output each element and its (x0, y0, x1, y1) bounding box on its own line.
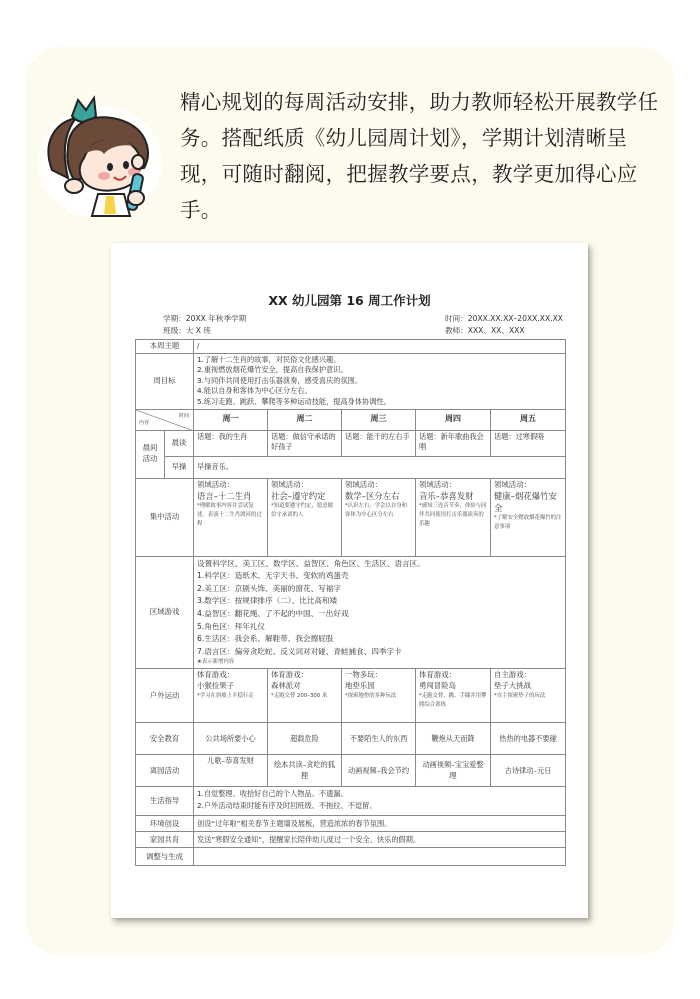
adjust-row: 调整与生成 (136, 848, 566, 866)
day-header-thu: 周四 (416, 409, 491, 430)
area-item: 2.美工区：京剧头饰、美丽的窗花、写福字 (197, 583, 562, 596)
outdoor-note: *走跑交替、跳、手膝并用攀爬综合训练 (419, 692, 487, 710)
morning-talk-cell: 话题：我的生肖 (194, 430, 268, 456)
outdoor-cell: 一物多玩： 地垫乐园 *探索地垫的多种玩法 (342, 669, 416, 723)
intro-paragraph: 精心规划的每周活动安排，助力教师轻松开展教学任务。搭配纸质《幼儿园周计划》，学期… (180, 84, 660, 228)
area-item: 5.角色区：拜年礼仪 (197, 621, 562, 634)
leave-cell: 绘本共读–贪吃的狐狸 (268, 755, 342, 787)
morning-talk-cell: 话题：过寒假咯 (491, 430, 566, 456)
focus-note: *认识左右，学会以自身和客体为中心区分左右 (345, 502, 412, 520)
home-school-row: 家园共育 发送“寒假安全通知”，提醒家长陪伴幼儿度过一个安全、快乐的假期。 (136, 832, 566, 848)
morning-exercise-label: 早操 (165, 456, 194, 478)
outdoor-cell: 体育游戏： 小猴捡果子 *学习在斜坡上平稳行走 (194, 669, 268, 723)
area-item: 4.益智区：翻花绳、了不起的中国、一出好戏 (197, 608, 562, 621)
focus-activity-label: 集中活动 (136, 478, 194, 556)
theme-row: 本周主题 / (136, 340, 566, 354)
girl-mascot-illustration (34, 88, 168, 222)
area-note: ★表示新增内容 (197, 658, 562, 667)
outdoor-note: *学习在斜坡上平稳行走 (197, 692, 264, 701)
area-games-list: 设置科学区、美工区、数学区、益智区、角色区、生活区、语言区。 1.科学区：造纸术… (194, 556, 566, 669)
morning-exercise-row: 早操 早操音乐。 (136, 456, 566, 478)
leave-label: 离园活动 (136, 755, 194, 787)
outdoor-cell: 体育游戏： 勇闯冒险岛 *走跑交替、跳、手膝并用攀爬综合训练 (416, 669, 491, 723)
teachers-text: 教师：XXX、XX、XXX (445, 325, 563, 337)
leave-cell: 古诗律动–元日 (491, 755, 566, 787)
outdoor-note: *走跑交替 200–300 米 (271, 692, 338, 701)
outdoor-title: 自主游戏： (494, 670, 562, 681)
safety-cell: 不要陌生人的东西 (342, 723, 416, 755)
focus-activity-cell: 领域活动： 社会–遵守约定 *知道要遵守约定，愿意做信守承诺的人 (268, 478, 342, 556)
corner-content-label: 内容 (139, 418, 149, 429)
safety-cell: 热热的电器不要碰 (491, 723, 566, 755)
safety-label: 安全教育 (136, 723, 194, 755)
focus-activity-row: 集中活动 领域活动： 语言–十二生肖 *理解故事内容并尝试复述、表演十二生肖渡河… (136, 478, 566, 556)
theme-value: / (194, 340, 566, 354)
leave-cell: 儿歌–恭喜发财 (194, 755, 268, 787)
leave-cell: 动画视频–我会节约 (342, 755, 416, 787)
life-item: 1.自觉整理、收拾好自己的个人物品、不遗漏。 (197, 788, 562, 800)
focus-main: 健康–烟花爆竹安全 (494, 490, 562, 514)
focus-title: 领域活动： (197, 480, 264, 491)
class-text: 班级：大 X 班 (163, 325, 246, 337)
area-item: 1.科学区：造纸术、无字天书、变软的鸡蛋壳 (197, 570, 562, 583)
goals-list: 1.了解十二生肖的故事，对民俗文化感兴趣。 2.重视燃放烟花爆竹安全，提高自我保… (194, 353, 566, 409)
day-header-mon: 周一 (194, 409, 268, 430)
adjust-label: 调整与生成 (136, 848, 194, 866)
focus-title: 领域活动： (494, 480, 562, 491)
morning-talk-cell: 话题：新年歌曲我会唱 (416, 430, 491, 456)
corner-time-label: 时间 (179, 411, 189, 422)
environment-label: 环境创设 (136, 816, 194, 832)
area-item: 3.数学区：按规律排序（二）、比比高和矮 (197, 595, 562, 608)
document-title: XX 幼儿园第 16 周工作计划 (111, 291, 588, 309)
life-guidance-list: 1.自觉整理、收拾好自己的个人物品、不遗漏。 2.户外活动结束时能有序及时回班级… (194, 787, 566, 816)
document-meta-right: 时间：20XX.XX.XX–20XX.XX.XX 教师：XXX、XX、XXX (445, 313, 563, 337)
safety-row: 安全教育 公共场所要小心 超载危险 不要陌生人的东西 鞭炮从天而降 热热的电器不… (136, 723, 566, 755)
outdoor-row: 户外运动 体育游戏： 小猴捡果子 *学习在斜坡上平稳行走 体育游戏： 森林派对 … (136, 669, 566, 723)
focus-main: 数学–区分左右 (345, 490, 412, 502)
goal-item: 4.能以自身和客体为中心区分左右。 (197, 386, 562, 397)
morning-talk-cell: 话题：能干的左右手 (342, 430, 416, 456)
environment-row: 环境创设 创设“过年啦”相关春节主题墙及展板，营造浓浓的春节氛围。 (136, 816, 566, 832)
day-header-fri: 周五 (491, 409, 566, 430)
area-games-row: 区域游戏 设置科学区、美工区、数学区、益智区、角色区、生活区、语言区。 1.科学… (136, 556, 566, 669)
outdoor-title: 体育游戏： (197, 670, 264, 681)
outdoor-title: 一物多玩： (345, 670, 412, 681)
focus-main: 语言–十二生肖 (197, 490, 264, 502)
day-header-wed: 周三 (342, 409, 416, 430)
morning-talk-cell: 话题：做信守承诺的好孩子 (268, 430, 342, 456)
safety-cell: 超载危险 (268, 723, 342, 755)
mascot-icon (34, 88, 168, 222)
theme-label: 本周主题 (136, 340, 194, 354)
focus-title: 领域活动： (419, 480, 487, 491)
area-games-label: 区域游戏 (136, 556, 194, 669)
area-item: 6.生活区：我会系、解鞋带、我会擦屁股 (197, 633, 562, 646)
goal-item: 5.练习走跑、跳跃、攀爬等多种运动技能，提高身体协调性。 (197, 397, 562, 408)
focus-activity-cell: 领域活动： 数学–区分左右 *认识左右，学会以自身和客体为中心区分左右 (342, 478, 416, 556)
focus-activity-cell: 领域活动： 音乐–恭喜发财 *感知三连音节奏，体验与同伴共同使用打击乐器演奏的乐… (416, 478, 491, 556)
goal-item: 3.与同伴共同使用打击乐器演奏，感受喜庆的氛围。 (197, 376, 562, 387)
outdoor-main: 森林派对 (271, 681, 338, 692)
morning-activity-label: 晨间活动 (136, 430, 165, 478)
life-item: 2.户外活动结束时能有序及时回班级、不拖拉、不逗留。 (197, 800, 562, 812)
home-school-label: 家园共育 (136, 832, 194, 848)
corner-diagonal-cell: 时间 内容 (136, 409, 194, 430)
safety-cell: 公共场所要小心 (194, 723, 268, 755)
goal-item: 2.重视燃放烟花爆竹安全，提高自我保护意识。 (197, 365, 562, 376)
life-guidance-label: 生活指导 (136, 787, 194, 816)
day-header-tue: 周二 (268, 409, 342, 430)
focus-title: 领域活动： (271, 480, 338, 491)
day-header-row: 时间 内容 周一 周二 周三 周四 周五 (136, 409, 566, 430)
area-item: 设置科学区、美工区、数学区、益智区、角色区、生活区、语言区。 (197, 558, 562, 571)
leave-row: 离园活动 儿歌–恭喜发财 绘本共读–贪吃的狐狸 动画视频–我会节约 动画视频–宝… (136, 755, 566, 787)
weekly-plan-document: XX 幼儿园第 16 周工作计划 学期：20XX 年秋季学期 班级：大 X 班 … (111, 243, 588, 918)
focus-note: *知道要遵守约定，愿意做信守承诺的人 (271, 502, 338, 520)
goals-label: 周目标 (136, 353, 194, 409)
focus-note: *理解故事内容并尝试复述、表演十二生肖渡河的过程 (197, 502, 264, 529)
focus-activity-cell: 领域活动： 健康–烟花爆竹安全 *了解安全燃放烟花爆竹的注意事项 (491, 478, 566, 556)
outdoor-title: 体育游戏： (419, 670, 487, 681)
outdoor-main: 小猴捡果子 (197, 681, 264, 692)
focus-main: 社会–遵守约定 (271, 490, 338, 502)
leave-cell: 动画视频–宝宝爱整理 (416, 755, 491, 787)
outdoor-note: *探索地垫的多种玩法 (345, 692, 412, 701)
weekly-plan-table: 本周主题 / 周目标 1.了解十二生肖的故事，对民俗文化感兴趣。 2.重视燃放烟… (135, 339, 566, 866)
time-text: 时间：20XX.XX.XX–20XX.XX.XX (445, 313, 563, 325)
adjust-value (194, 848, 566, 866)
focus-title: 领域活动： (345, 480, 412, 491)
goal-item: 1.了解十二生肖的故事，对民俗文化感兴趣。 (197, 355, 562, 366)
outdoor-main: 垫子大挑战 (494, 681, 562, 692)
outdoor-cell: 体育游戏： 森林派对 *走跑交替 200–300 米 (268, 669, 342, 723)
focus-note: *了解安全燃放烟花爆竹的注意事项 (494, 514, 562, 532)
semester-text: 学期：20XX 年秋季学期 (163, 313, 246, 325)
outdoor-cell: 自主游戏： 垫子大挑战 *自主探索垫子的玩法 (491, 669, 566, 723)
document-meta-left: 学期：20XX 年秋季学期 班级：大 X 班 (163, 313, 246, 337)
focus-activity-cell: 领域活动： 语言–十二生肖 *理解故事内容并尝试复述、表演十二生肖渡河的过程 (194, 478, 268, 556)
outdoor-main: 勇闯冒险岛 (419, 681, 487, 692)
focus-note: *感知三连音节奏，体验与同伴共同使用打击乐器演奏的乐趣 (419, 502, 487, 529)
outdoor-note: *自主探索垫子的玩法 (494, 692, 562, 701)
area-item: 7.语言区：偏旁贪吃蛇、反义词对对碰、青蛙捕食、四季字卡 (197, 646, 562, 659)
safety-cell: 鞭炮从天而降 (416, 723, 491, 755)
outdoor-main: 地垫乐园 (345, 681, 412, 692)
goals-row: 周目标 1.了解十二生肖的故事，对民俗文化感兴趣。 2.重视燃放烟花爆竹安全，提… (136, 353, 566, 409)
environment-value: 创设“过年啦”相关春节主题墙及展板，营造浓浓的春节氛围。 (194, 816, 566, 832)
outdoor-label: 户外运动 (136, 669, 194, 723)
outdoor-title: 体育游戏： (271, 670, 338, 681)
morning-exercise-value: 早操音乐。 (194, 456, 566, 478)
life-guidance-row: 生活指导 1.自觉整理、收拾好自己的个人物品、不遗漏。 2.户外活动结束时能有序… (136, 787, 566, 816)
home-school-value: 发送“寒假安全通知”，提醒家长陪伴幼儿度过一个安全、快乐的假期。 (194, 832, 566, 848)
morning-talk-label: 晨谈 (165, 430, 194, 456)
focus-main: 音乐–恭喜发财 (419, 490, 487, 502)
morning-talk-row: 晨间活动 晨谈 话题：我的生肖 话题：做信守承诺的好孩子 话题：能干的左右手 话… (136, 430, 566, 456)
